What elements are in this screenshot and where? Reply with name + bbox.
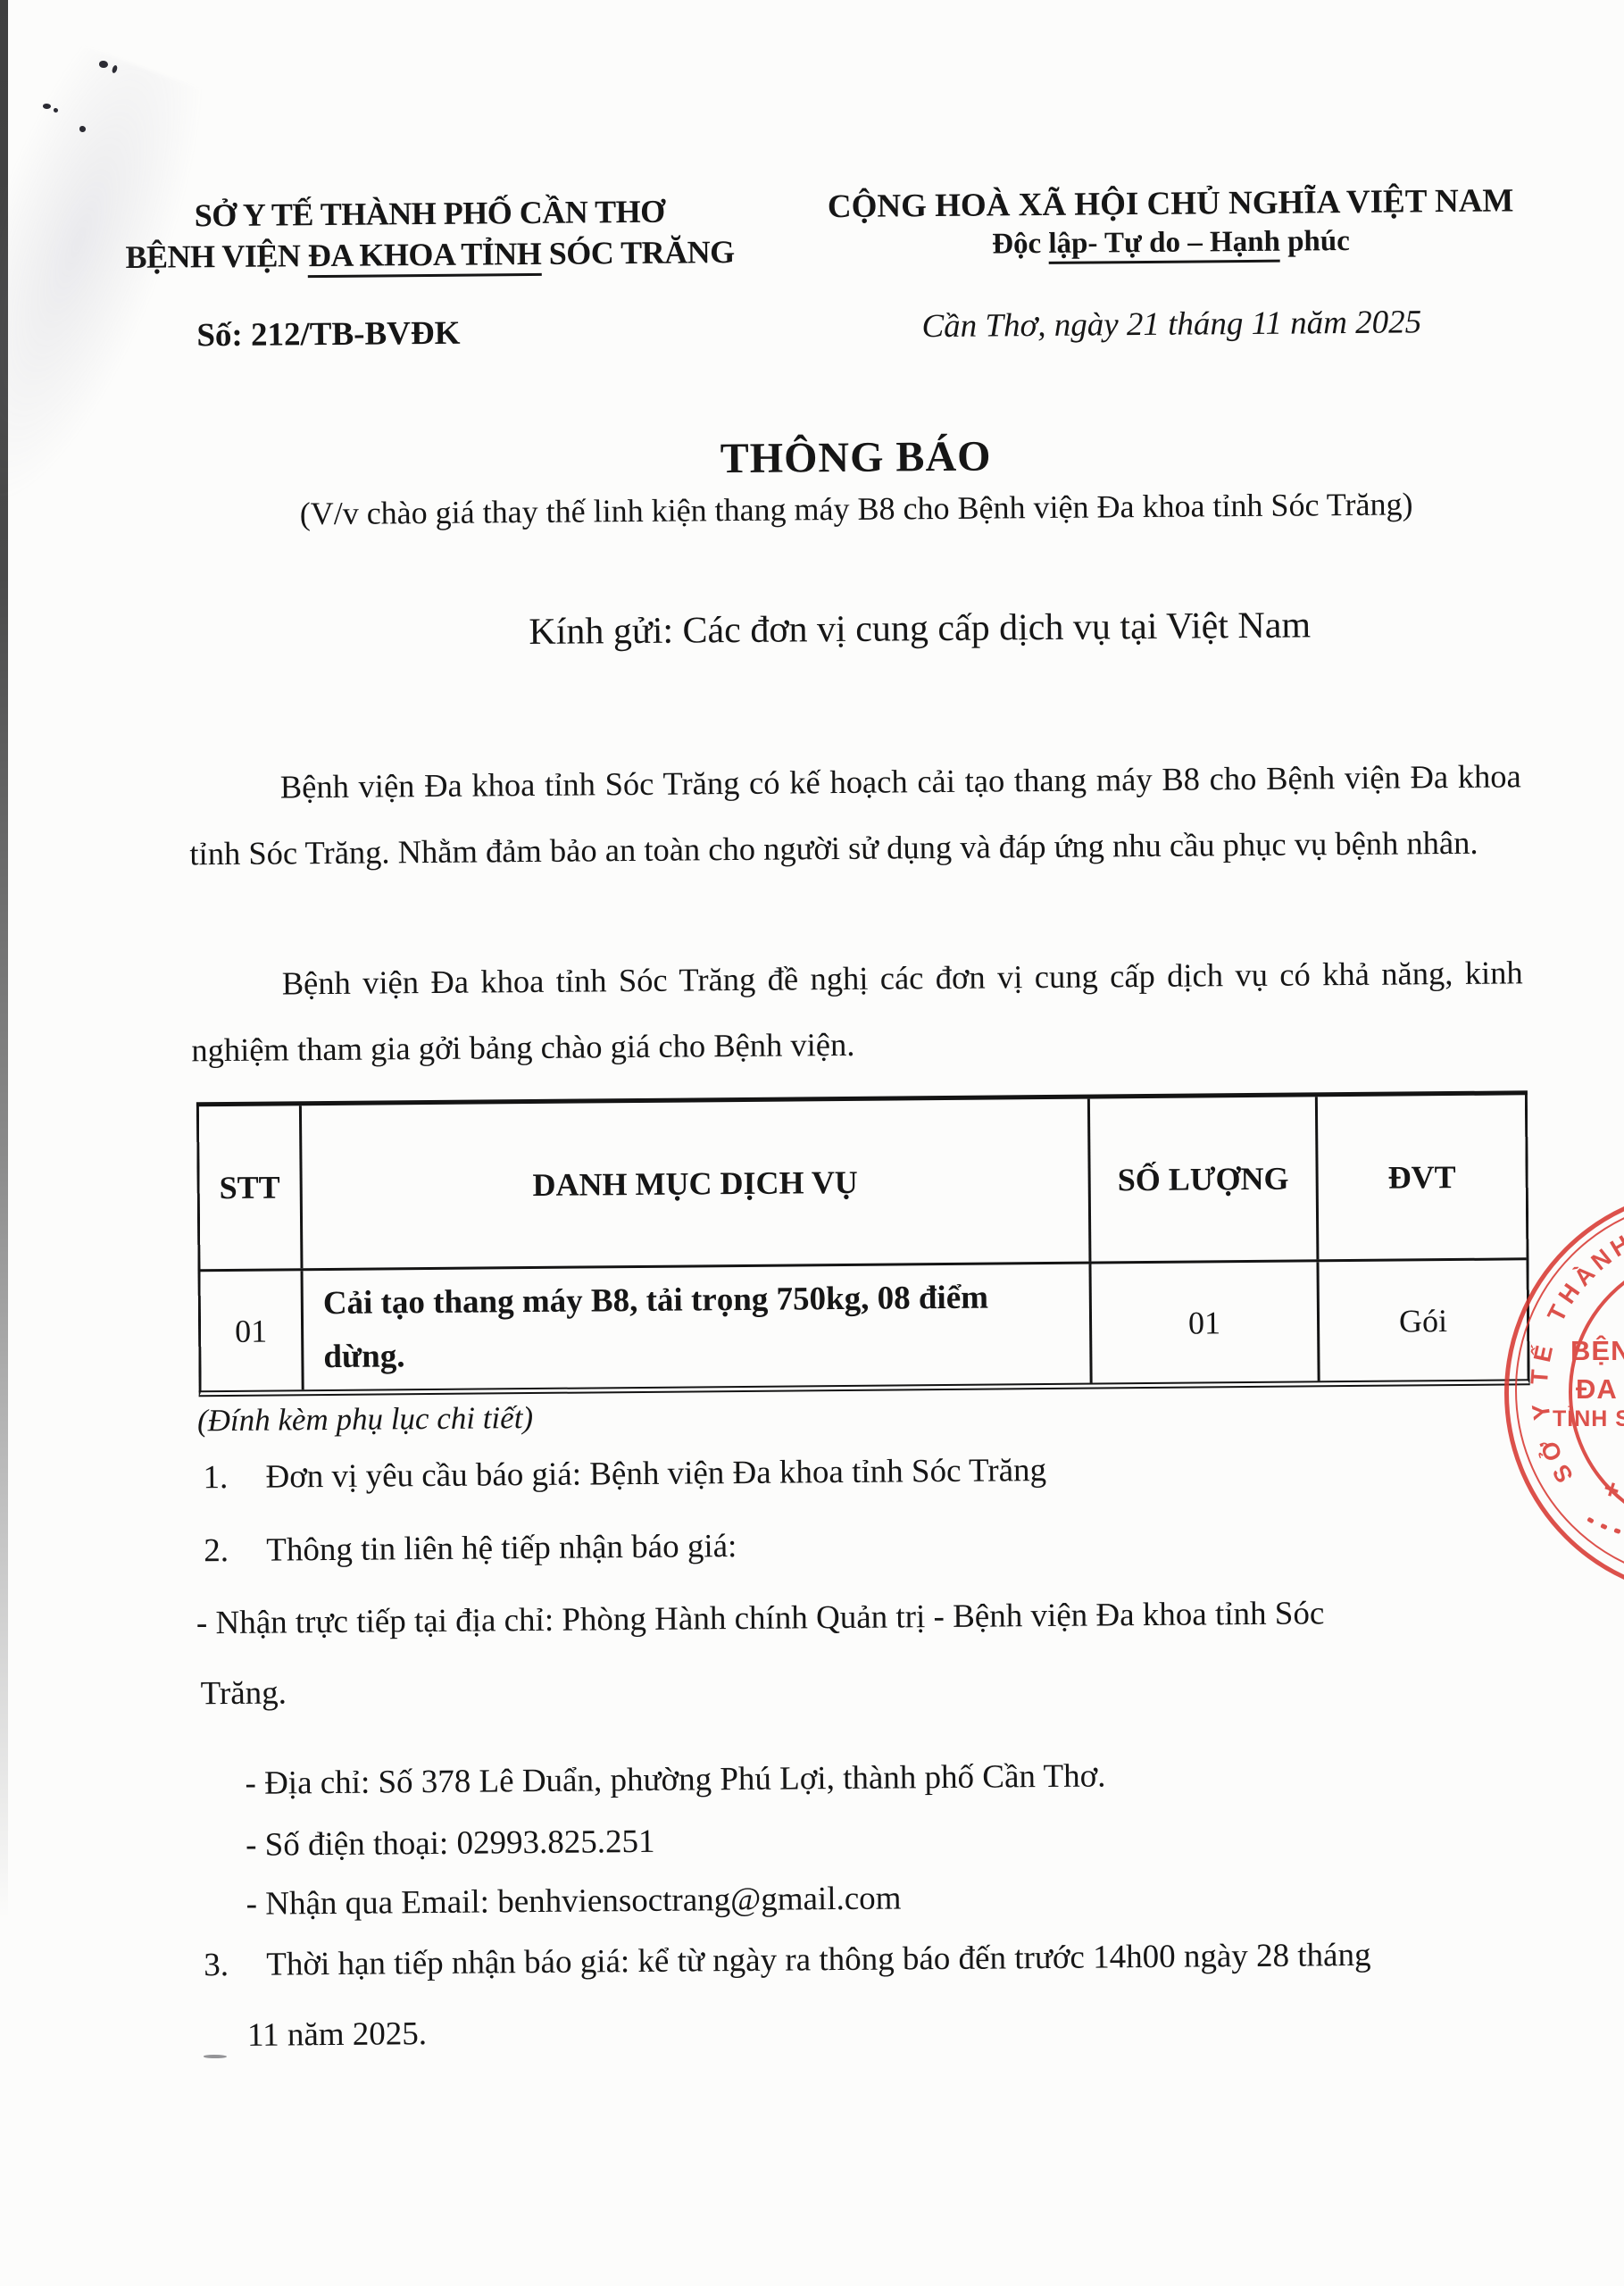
phone-line: - Số điện thoại: 02993.825.251 (246, 1823, 655, 1865)
salutation-line: Kính gửi: Các đơn vị cung cấp dịch vụ tạ… (263, 602, 1576, 656)
attachment-note: (Đính kèm phụ lục chi tiết) (197, 1400, 533, 1439)
hospital-name-suffix: SÓC TRĂNG (541, 234, 735, 271)
body-paragraph-1: Bệnh viện Đa khoa tỉnh Sóc Trăng có kế h… (188, 743, 1521, 887)
scan-speck (99, 61, 108, 68)
row-cell-stt: 01 (201, 1271, 304, 1390)
direct-receipt-line2: Trăng. (200, 1673, 287, 1713)
list-item-2-number: 2. (204, 1531, 229, 1570)
header-cell-unit: ĐVT (1318, 1095, 1527, 1259)
header-cell-category: DANH MỤC DỊCH VỤ (302, 1099, 1092, 1269)
list-item-3-text-line1: Thời hạn tiếp nhận báo giá: kể từ ngày r… (266, 1936, 1371, 1984)
national-motto-line1: CỘNG HOÀ XÃ HỘI CHỦ NGHĨA VIỆT NAM (778, 181, 1563, 227)
scan-speck (204, 2055, 227, 2058)
hospital-name-underlined: ĐA KHOA TỈNH (308, 236, 542, 278)
document-content: SỞ Y TẾ THÀNH PHỐ CẦN THƠ BỆNH VIỆN ĐA K… (0, 0, 1624, 2286)
document-number: Số: 212/TB-BVĐK (196, 314, 460, 355)
scan-speck (54, 108, 58, 113)
document-title: THÔNG BÁO (199, 427, 1512, 488)
issuing-authority-name: SỞ Y TẾ THÀNH PHỐ CẦN THƠ (99, 192, 760, 235)
row-cell-unit: Gói (1319, 1260, 1527, 1381)
scanned-document-page: SỞ Y TẾ THÀNH PHỐ CẦN THƠ BỆNH VIỆN ĐA K… (0, 0, 1624, 2286)
body-paragraph-2: Bệnh viện Đa khoa tỉnh Sóc Trăng đề nghị… (190, 939, 1523, 1083)
motto2-prefix: Độc (992, 228, 1049, 261)
scan-speck (79, 126, 86, 132)
hospital-name: BỆNH VIỆN ĐA KHOA TỈNH SÓC TRĂNG (99, 233, 760, 276)
place-date-line: Cần Thơ, ngày 21 tháng 11 năm 2025 (779, 302, 1564, 347)
service-items-table: STT DANH MỤC DỊCH VỤ SỐ LƯỢNG ĐVT 01 Cải… (196, 1090, 1530, 1397)
national-motto-line2: Độc lập- Tự do – Hạnh phúc (778, 223, 1563, 263)
direct-receipt-line1: - Nhận trực tiếp tại địa chỉ: Phòng Hành… (196, 1594, 1325, 1642)
document-subtitle: (V/v chào giá thay thế linh kiện thang m… (200, 484, 1512, 533)
row-cell-quantity: 01 (1091, 1262, 1320, 1382)
list-item-2-text: Thông tin liên hệ tiếp nhận báo giá: (266, 1527, 737, 1570)
header-cell-quantity: SỐ LƯỢNG (1090, 1097, 1320, 1261)
list-item-1-number: 1. (203, 1458, 228, 1497)
row-cell-description: Cải tạo thang máy B8, tải trọng 750kg, 0… (304, 1264, 1093, 1390)
motto2-suffix: phúc (1280, 225, 1350, 258)
list-item-3-text-line2: 11 năm 2025. (247, 2015, 427, 2055)
email-line: - Nhận qua Email: benhviensoctrang@gmail… (246, 1879, 902, 1923)
list-item-3-number: 3. (204, 1946, 229, 1984)
scan-speck (43, 104, 51, 109)
address-line: - Địa chỉ: Số 378 Lê Duẩn, phường Phú Lợ… (245, 1756, 1105, 1802)
header-cell-stt: STT (199, 1105, 304, 1269)
list-item-1-text: Đơn vị yêu cầu báo giá: Bệnh viện Đa kho… (265, 1451, 1046, 1497)
motto2-underlined: lập- Tự do – Hạnh (1048, 226, 1280, 264)
table-row: 01 Cải tạo thang máy B8, tải trọng 750kg… (201, 1260, 1528, 1390)
table-header-row: STT DANH MỤC DỊCH VỤ SỐ LƯỢNG ĐVT (199, 1095, 1527, 1272)
